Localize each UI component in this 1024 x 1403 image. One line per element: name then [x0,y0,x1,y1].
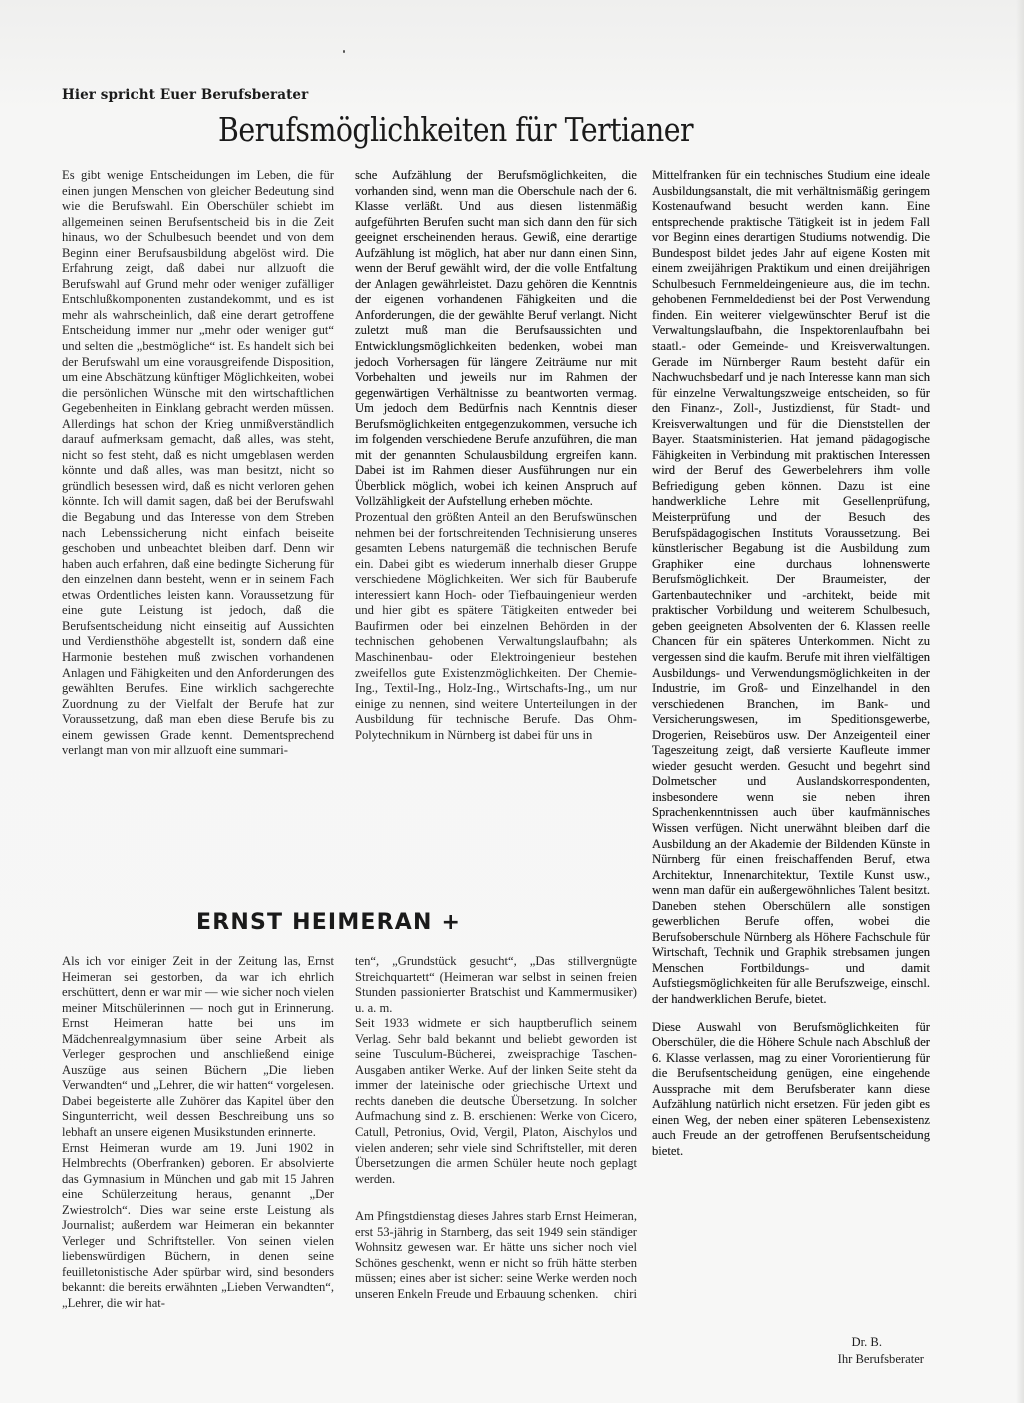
obituary-paragraph: ten“, „Grundstück gesucht“, „Das stillve… [355,954,637,1016]
article-column-1: Es gibt wenige Entscheidungen im Leben, … [62,168,334,759]
signature-name: Dr. B. [852,1333,882,1351]
obituary-paragraph: Am Pfingstdienstag dieses Jahres starb E… [355,1209,637,1302]
print-speck [343,50,345,53]
obituary-column-1: Als ich vor einiger Zeit in der Zeitung … [62,954,334,1312]
article-column-2: sche Aufzählung der Berufsmöglichkeiten,… [355,168,637,743]
article-headline: Berufsmöglichkeiten für Tertianer [218,110,693,149]
article-column-3: Mittelfranken für ein technisches Studiu… [652,168,930,1159]
article-paragraph: Prozentual den größten Anteil an den Ber… [355,510,637,743]
obituary-paragraph: Seit 1933 widmete er sich hauptberuflich… [355,1016,637,1187]
article-paragraph: Es gibt wenige Entscheidungen im Leben, … [62,168,334,759]
obituary-paragraph: Als ich vor einiger Zeit in der Zeitung … [62,954,334,1141]
page-edge-shadow [1016,0,1024,1403]
signature-role: Ihr Berufsberater [838,1350,924,1368]
article-paragraph: Mittelfranken für ein technisches Studiu… [652,168,930,1008]
article-closing-paragraph: Diese Auswahl von Berufsmöglichkeiten fü… [652,1020,930,1160]
article-kicker: Hier spricht Euer Berufsberater [62,87,308,103]
newspaper-page: Hier spricht Euer Berufsberater Berufsmö… [0,0,1024,1403]
obituary-column-2: ten“, „Grundstück gesucht“, „Das stillve… [355,954,637,1303]
obituary-paragraph: Ernst Heimeran wurde am 19. Juni 1902 in… [62,1141,334,1312]
obituary-title: ERNST HEIMERAN + [196,910,461,935]
article-paragraph: sche Aufzählung der Berufsmöglichkeiten,… [355,168,637,510]
